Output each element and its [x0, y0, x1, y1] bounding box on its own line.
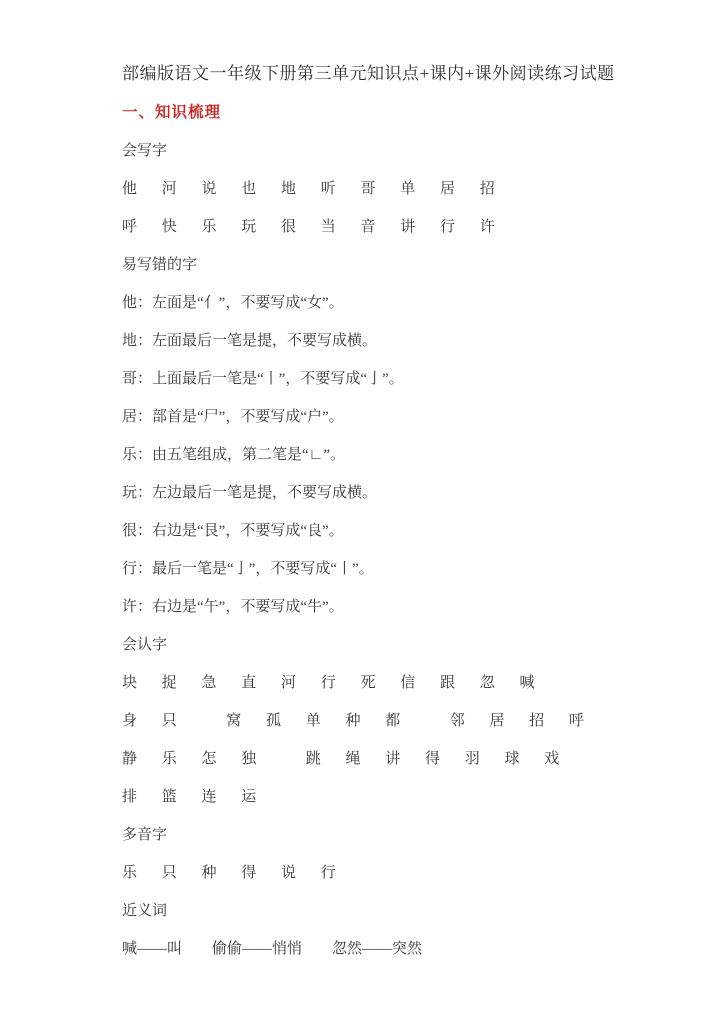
- error-prone-item: 很：右边是“艮”，不要写成“良”。: [122, 512, 624, 550]
- error-prone-item: 地：左面最后一笔是提，不要写成横。: [122, 322, 624, 360]
- label-polyphones: 多音字: [122, 816, 624, 854]
- error-prone-item: 居：部首是“尸”，不要写成“户”。: [122, 398, 624, 436]
- label-write-chars: 会写字: [122, 132, 624, 170]
- error-prone-item: 玩：左边最后一笔是提，不要写成横。: [122, 474, 624, 512]
- recognize-chars-row: 身 只 窝 孤 单 种 都 邻 居 招 呼: [122, 702, 624, 740]
- recognize-chars-row: 排 篮 连 运: [122, 778, 624, 816]
- write-chars-row: 他 河 说 也 地 听 哥 单 居 招: [122, 170, 624, 208]
- document-title: 部编版语文一年级下册第三单元知识点+课内+课外阅读练习试题: [122, 53, 624, 94]
- error-prone-item: 许：右边是“午”，不要写成“牛”。: [122, 588, 624, 626]
- label-error-prone-chars: 易写错的字: [122, 246, 624, 284]
- polyphones-row: 乐 只 种 得 说 行: [122, 854, 624, 892]
- error-prone-item: 乐：由五笔组成，第二笔是“∟”。: [122, 436, 624, 474]
- error-prone-item: 他：左面是“亻”，不要写成“女”。: [122, 284, 624, 322]
- section-heading-knowledge-review: 一、知识梳理: [122, 94, 624, 132]
- recognize-chars-row: 静 乐 怎 独 跳 绳 讲 得 羽 球 戏: [122, 740, 624, 778]
- label-synonyms: 近义词: [122, 892, 624, 930]
- document-page: 部编版语文一年级下册第三单元知识点+课内+课外阅读练习试题 一、知识梳理 会写字…: [0, 0, 724, 1024]
- recognize-chars-row: 块 捉 急 直 河 行 死 信 跟 忽 喊: [122, 664, 624, 702]
- write-chars-row: 呼 快 乐 玩 很 当 音 讲 行 许: [122, 208, 624, 246]
- error-prone-item: 行：最后一笔是“亅”，不要写成“丨”。: [122, 550, 624, 588]
- error-prone-item: 哥：上面最后一笔是“丨”，不要写成“亅”。: [122, 360, 624, 398]
- label-recognize-chars: 会认字: [122, 626, 624, 664]
- synonyms-line: 喊——叫 偷偷——悄悄 忽然——突然: [122, 930, 624, 968]
